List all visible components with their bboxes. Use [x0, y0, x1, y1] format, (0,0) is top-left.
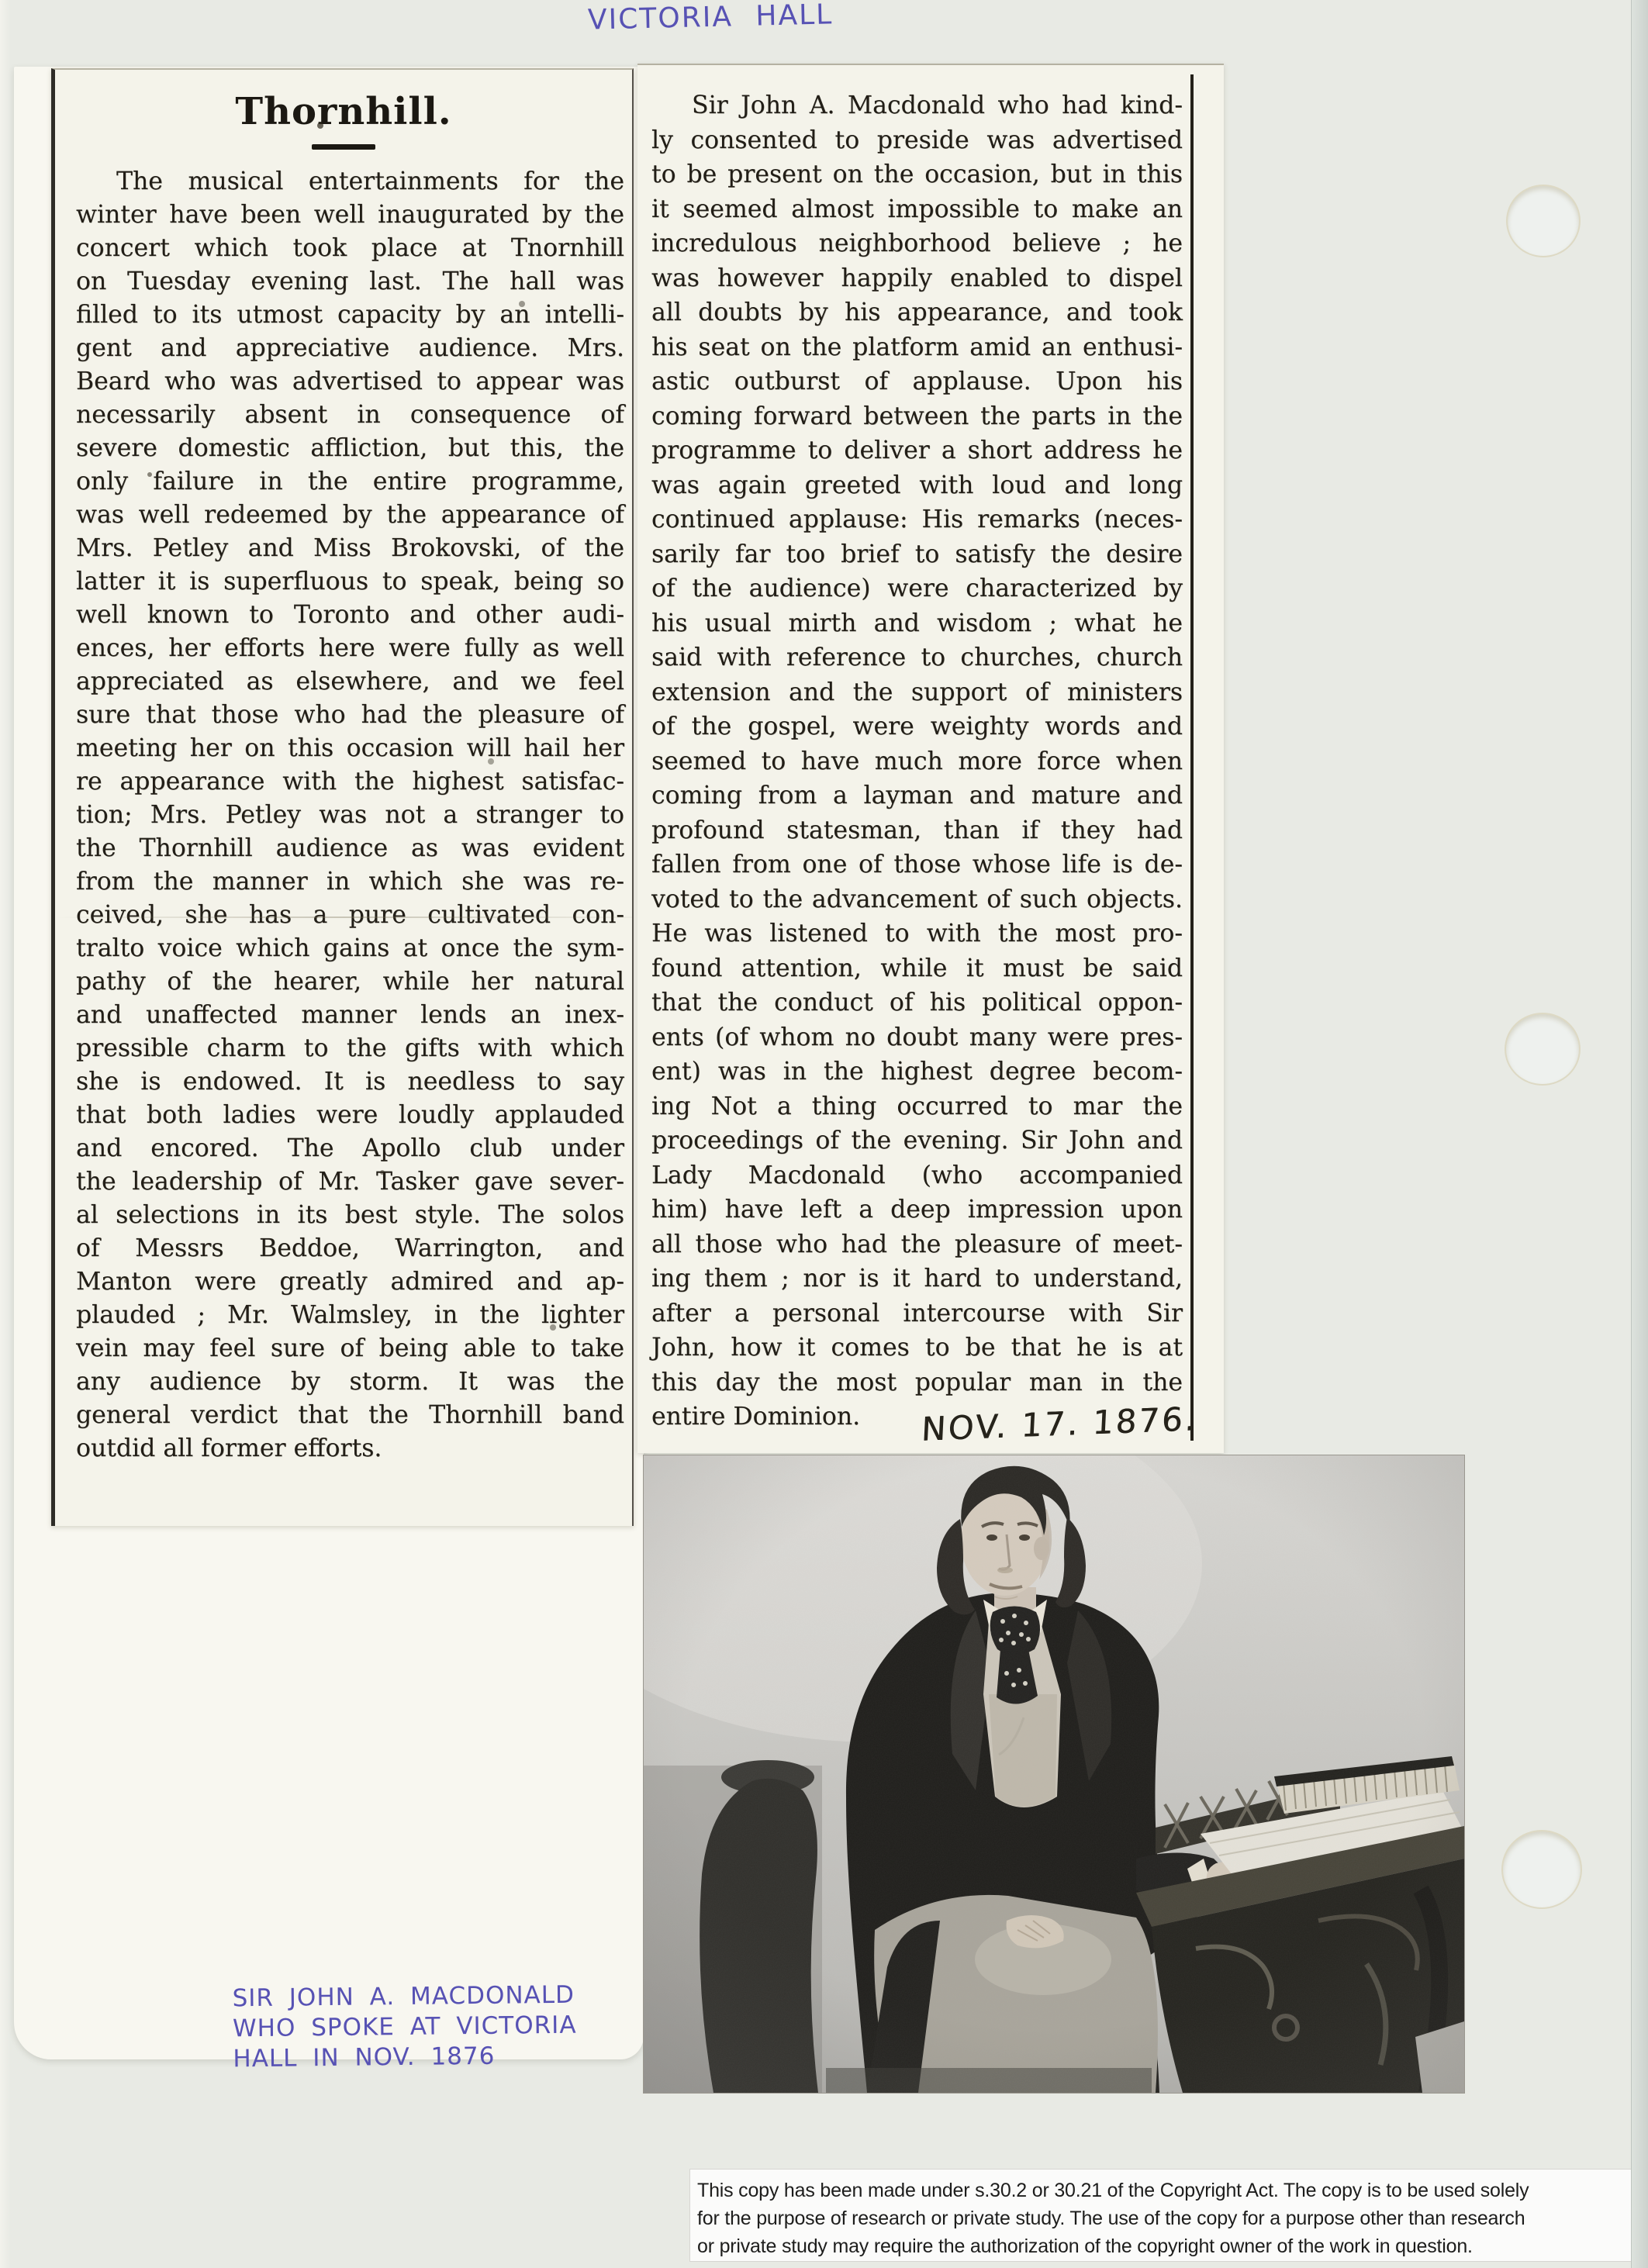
text-line: all those who had the pleasure of meet- [651, 1227, 1183, 1262]
handwritten-title: VICTORIA HALL [588, 0, 834, 36]
left-newspaper-clipping: Thornhill. The musical entertainments fo… [51, 68, 634, 1526]
text-line: filled to its utmost capacity by an inte… [76, 299, 624, 332]
text-line: after a personal intercourse with Sir [651, 1296, 1183, 1331]
text-line: was again greeted with loud and long [651, 468, 1183, 503]
punch-hole [1503, 1831, 1581, 1907]
text-line: for the purpose of research or private s… [697, 2204, 1648, 2232]
text-line: Lady Macdonald (who accompanied [651, 1158, 1183, 1193]
left-article-text: The musical entertainments for thewinter… [76, 165, 624, 1465]
text-line: this day the most popular man in the [651, 1365, 1183, 1400]
text-line: tion; Mrs. Petley was not a stranger to [76, 799, 624, 832]
handwritten-caption: SIR JOHN A. MACDONALDWHO SPOKE AT VICTOR… [232, 1980, 577, 2075]
text-line: Beard who was advertised to appear was [76, 365, 624, 399]
text-line: sarily far too brief to satisfy the desi… [651, 537, 1183, 572]
text-line: and unaffected manner lends an inex- [76, 999, 624, 1032]
text-line: voted to the advancement of such objects… [651, 882, 1183, 917]
text-line: Mrs. Petley and Miss Brokovski, of the [76, 532, 624, 565]
text-line: gent and appreciative audience. Mrs. [76, 332, 624, 365]
right-newspaper-clipping: Sir John A. Macdonald who had kind-ly co… [637, 64, 1224, 1453]
right-article-text: Sir John A. Macdonald who had kind-ly co… [651, 88, 1183, 1434]
text-line: fallen from one of those whose life is d… [651, 847, 1183, 882]
copyright-notice: This copy has been made under s.30.2 or … [690, 2170, 1648, 2261]
text-line: meeting her on this occasion will hail h… [76, 732, 624, 765]
text-line: sure that those who had the pleasure of [76, 699, 624, 732]
text-line: seemed to have much more force when [651, 744, 1183, 779]
text-line: concert which took place at Tnornhill [76, 232, 624, 265]
text-line: any audience by storm. It was the [76, 1365, 624, 1399]
text-line: coming forward between the parts in the [651, 399, 1183, 434]
text-line: proceedings of the evening. Sir John and [651, 1124, 1183, 1158]
text-line: pathy of the hearer, while her natural [76, 965, 624, 999]
text-line: was however happily enabled to dispel [651, 261, 1183, 296]
text-line: outdid all former efforts. [76, 1432, 624, 1465]
text-line: the leadership of Mr. Tasker gave sever- [76, 1165, 624, 1199]
text-line: John, how it comes to be that he is at [651, 1331, 1183, 1365]
text-line: continued applause: His remarks (neces- [651, 502, 1183, 537]
text-line: to be present on the occasion, but in th… [651, 157, 1183, 192]
text-line: ents (of whom no doubt many were pres- [651, 1020, 1183, 1055]
text-line: necessarily absent in consequence of [76, 399, 624, 432]
text-line: programme to deliver a short address he [651, 433, 1183, 468]
ink-specks [55, 70, 58, 73]
text-line: of the gospel, were weighty words and [651, 709, 1183, 744]
text-line: incredulous neighborhood believe ; he [651, 226, 1183, 261]
text-line: Sir John A. Macdonald who had kind- [651, 88, 1183, 123]
text-line: The musical entertainments for the [76, 165, 624, 198]
text-line: This copy has been made under s.30.2 or … [697, 2177, 1648, 2204]
text-line: his seat on the platform amid an enthusi… [651, 330, 1183, 365]
text-line: He was listened to with the most pro- [651, 917, 1183, 951]
text-line: pressible charm to the gifts with which [76, 1032, 624, 1065]
punch-hole [1506, 1014, 1579, 1084]
text-line: ent) was in the highest degree becom- [651, 1055, 1183, 1089]
text-line: al selections in its best style. The sol… [76, 1199, 624, 1232]
text-line: or private study may require the authori… [697, 2232, 1648, 2260]
text-line: Manton were greatly admired and ap- [76, 1265, 624, 1299]
text-line: general verdict that the Thornhill band [76, 1399, 624, 1432]
text-line: SIR JOHN A. MACDONALD [232, 1980, 576, 2014]
text-line: astic outburst of applause. Upon his [651, 364, 1183, 399]
column-rule [1190, 74, 1194, 1441]
text-line: WHO SPOKE AT VICTORIA [233, 2011, 577, 2045]
text-line: HALL IN NOV. 1876 [233, 2041, 577, 2075]
text-line: his usual mirth and wisdom ; what he [651, 606, 1183, 641]
title-divider [312, 144, 375, 150]
text-line: she is endowed. It is needless to say [76, 1065, 624, 1099]
text-line: well known to Toronto and other audi- [76, 599, 624, 632]
text-line: him) have left a deep impression upon [651, 1193, 1183, 1227]
text-line: winter have been well inaugurated by the [76, 198, 624, 232]
text-line: said with reference to churches, church [651, 640, 1183, 675]
page-left-edge [0, 0, 11, 2268]
text-line: of the audience) were characterized by [651, 571, 1183, 606]
text-line: ing them ; nor is it hard to understand, [651, 1262, 1183, 1296]
paper-crease [55, 917, 632, 918]
text-line: profound statesman, than if they had [651, 813, 1183, 848]
text-line: all doubts by his appearance, and took [651, 295, 1183, 330]
text-line: that both ladies were loudly applauded [76, 1099, 624, 1132]
article-title: Thornhill. [55, 91, 632, 132]
text-line: appreciated as elsewhere, and we feel [76, 665, 624, 699]
punch-hole [1508, 186, 1579, 256]
text-line: the Thornhill audience as was evident [76, 832, 624, 865]
text-line: extension and the support of ministers [651, 675, 1183, 710]
text-line: was well redeemed by the appearance of [76, 499, 624, 532]
text-line: ceived, she has a pure cultivated con- [76, 899, 624, 932]
text-line: severe domestic affliction, but this, th… [76, 432, 624, 465]
text-line: found attention, while it must be said [651, 951, 1183, 986]
page-right-edge [1631, 0, 1648, 2268]
text-line: of Messrs Beddoe, Warrington, and [76, 1232, 624, 1265]
text-line: coming from a layman and mature and [651, 778, 1183, 813]
text-line: vein may feel sure of being able to take [76, 1332, 624, 1365]
text-line: tralto voice which gains at once the sym… [76, 932, 624, 965]
text-line: and encored. The Apollo club under [76, 1132, 624, 1165]
portrait-photo-svg [644, 1455, 1464, 2093]
text-line: ences, her efforts here were fully as we… [76, 632, 624, 665]
text-line: from the manner in which she was re- [76, 865, 624, 899]
text-line: ly consented to preside was advertised [651, 123, 1183, 158]
text-line: latter it is superfluous to speak, being… [76, 565, 624, 599]
text-line: re appearance with the highest satisfac- [76, 765, 624, 799]
scrapbook-page: VICTORIA HALL Thornhill. The musical ent… [0, 0, 1648, 2268]
text-line: only failure in the entire programme, [76, 465, 624, 499]
text-line: on Tuesday evening last. The hall was [76, 265, 624, 299]
text-line: that the conduct of his political oppon- [651, 986, 1183, 1020]
macdonald-portrait-photo [644, 1455, 1464, 2093]
text-line: ing Not a thing occurred to mar the [651, 1089, 1183, 1124]
text-line: it seemed almost impossible to make an [651, 192, 1183, 227]
text-line: plauded ; Mr. Walmsley, in the lighter [76, 1299, 624, 1332]
